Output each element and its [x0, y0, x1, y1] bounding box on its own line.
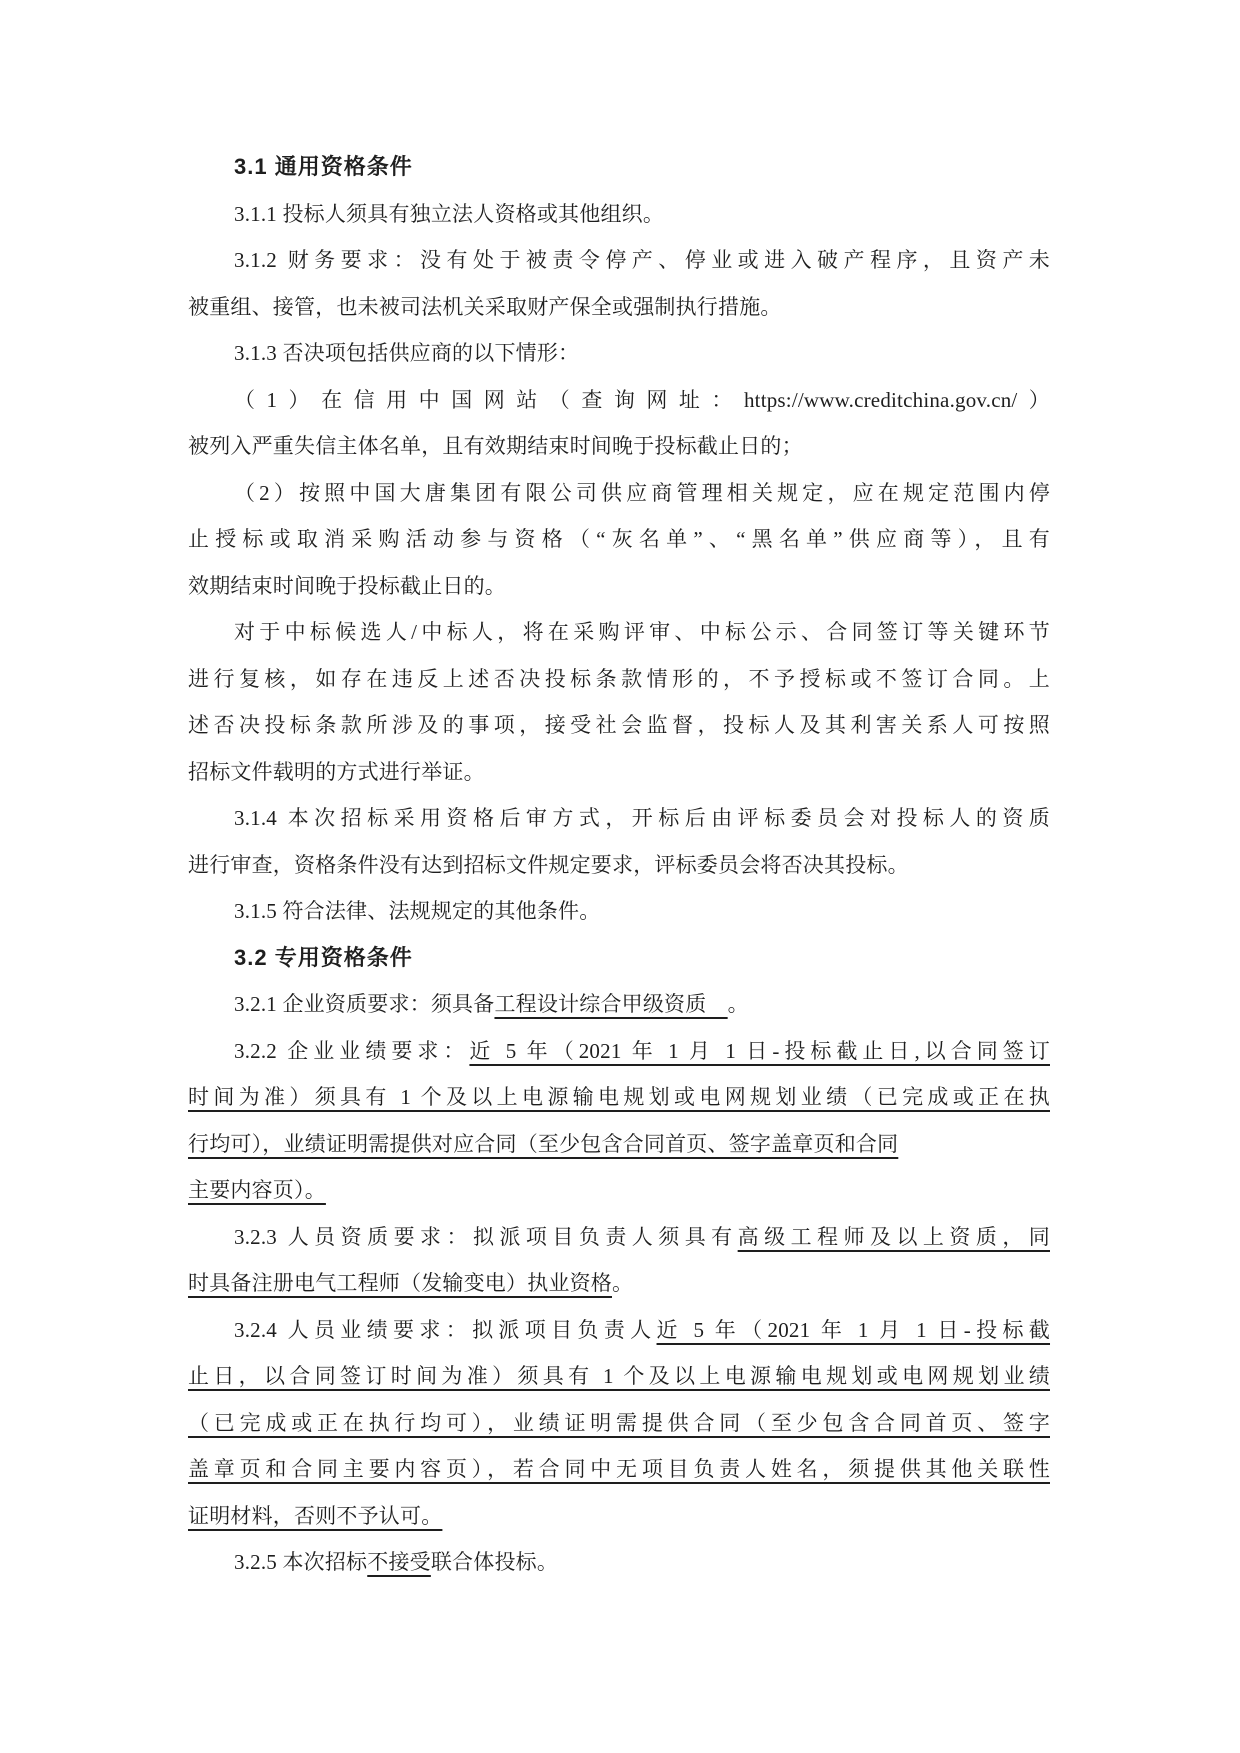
- text-line: 主要内容页）。: [188, 1167, 1050, 1214]
- text-run: 联合体投标。: [431, 1550, 558, 1574]
- text-run: （1）在信用中国网站（查询网址：https://www.creditchina.…: [234, 388, 1050, 412]
- text-run: 效期结束时间晚于投标截止日的。: [188, 574, 506, 598]
- text-run: 3.2.3 人员资质要求：拟派项目负责人须具有: [234, 1225, 738, 1249]
- section-heading: 3.2 专用资格条件: [188, 935, 1050, 982]
- underlined-text: 主要内容页）。: [188, 1178, 326, 1202]
- text-line: （2）按照中国大唐集团有限公司供应商管理相关规定，应在规定范围内停: [188, 470, 1050, 517]
- document-body: 3.1 通用资格条件3.1.1 投标人须具有独立法人资格或其他组织。3.1.2 …: [188, 144, 1050, 1586]
- text-run: 3.1.2 财务要求：没有处于被责令停产、停业或进入破产程序，且资产未: [234, 248, 1050, 272]
- text-run: 3.2 专用资格条件: [234, 945, 413, 970]
- text-line: 招标文件载明的方式进行举证。: [188, 749, 1050, 796]
- text-line: 被重组、接管，也未被司法机关采取财产保全或强制执行措施。: [188, 284, 1050, 331]
- text-line: 3.1.5 符合法律、法规规定的其他条件。: [188, 888, 1050, 935]
- text-line: 时具备注册电气工程师（发输变电）执业资格。: [188, 1260, 1050, 1307]
- section-heading: 3.1 通用资格条件: [188, 144, 1050, 191]
- text-line: 行均可），业绩证明需提供对应合同（至少包含合同首页、签字盖章页和合同: [188, 1121, 1050, 1168]
- text-run: 3.1.1 投标人须具有独立法人资格或其他组织。: [234, 202, 664, 226]
- text-run: 进行审查，资格条件没有达到招标文件规定要求，评标委员会将否决其投标。: [188, 853, 909, 877]
- underlined-text: 近 5 年（2021 年 1 月 1 日-投标截: [657, 1318, 1050, 1342]
- text-run: 3.2.2 企业业绩要求：: [234, 1039, 469, 1063]
- text-run: 。: [728, 992, 749, 1016]
- text-line: 被列入严重失信主体名单，且有效期结束时间晚于投标截止日的；: [188, 423, 1050, 470]
- text-run: 3.2.4 人员业绩要求：拟派项目负责人: [234, 1318, 657, 1342]
- text-line: 进行审查，资格条件没有达到招标文件规定要求，评标委员会将否决其投标。: [188, 842, 1050, 889]
- text-run: （2）按照中国大唐集团有限公司供应商管理相关规定，应在规定范围内停: [234, 481, 1050, 505]
- text-line: 止日，以合同签订时间为准）须具有 1 个及以上电源输电规划或电网规划业绩: [188, 1353, 1050, 1400]
- text-line: 盖章页和合同主要内容页），若合同中无项目负责人姓名，须提供其他关联性: [188, 1446, 1050, 1493]
- text-run: 3.1.3 否决项包括供应商的以下情形：: [234, 341, 579, 365]
- text-run: 。: [612, 1271, 633, 1295]
- text-line: 效期结束时间晚于投标截止日的。: [188, 563, 1050, 610]
- underlined-text: 止日，以合同签订时间为准）须具有 1 个及以上电源输电规划或电网规划业绩: [188, 1364, 1050, 1388]
- text-line: 对于中标候选人/中标人，将在采购评审、中标公示、合同签订等关键环节: [188, 609, 1050, 656]
- text-line: 3.1.1 投标人须具有独立法人资格或其他组织。: [188, 191, 1050, 238]
- text-line: 3.2.2 企业业绩要求：近 5 年（2021 年 1 月 1 日-投标截止日,…: [188, 1028, 1050, 1075]
- text-line: 3.2.4 人员业绩要求：拟派项目负责人近 5 年（2021 年 1 月 1 日…: [188, 1307, 1050, 1354]
- document-page: 3.1 通用资格条件3.1.1 投标人须具有独立法人资格或其他组织。3.1.2 …: [0, 0, 1240, 1753]
- text-run: 3.2.5 本次招标: [234, 1550, 367, 1574]
- text-line: 述否决投标条款所涉及的事项，接受社会监督，投标人及其利害关系人可按照: [188, 702, 1050, 749]
- text-run: 被重组、接管，也未被司法机关采取财产保全或强制执行措施。: [188, 295, 782, 319]
- text-run: 止授标或取消采购活动参与资格（“灰名单”、“黑名单”供应商等），且有: [188, 527, 1050, 551]
- text-line: 3.1.3 否决项包括供应商的以下情形：: [188, 330, 1050, 377]
- text-run: 3.2.1 企业资质要求：须具备: [234, 992, 494, 1016]
- text-line: （已完成或正在执行均可），业绩证明需提供合同（至少包含合同首页、签字: [188, 1400, 1050, 1447]
- underlined-text: 高级工程师及以上资质，同: [738, 1225, 1050, 1249]
- text-run: 3.1.4 本次招标采用资格后审方式，开标后由评标委员会对投标人的资质: [234, 806, 1050, 830]
- underlined-text: 时间为准）须具有 1 个及以上电源输电规划或电网规划业绩（已完成或正在执: [188, 1085, 1050, 1109]
- underlined-text: 近 5 年（2021 年 1 月 1 日-投标截止日,以合同签订: [469, 1039, 1050, 1063]
- text-run: 对于中标候选人/中标人，将在采购评审、中标公示、合同签订等关键环节: [234, 620, 1050, 644]
- text-line: 证明材料，否则不予认可。: [188, 1493, 1050, 1540]
- text-line: 3.1.2 财务要求：没有处于被责令停产、停业或进入破产程序，且资产未: [188, 237, 1050, 284]
- underlined-text: 行均可），业绩证明需提供对应合同（至少包含合同首页、签字盖章页和合同: [188, 1132, 898, 1156]
- text-line: （1）在信用中国网站（查询网址：https://www.creditchina.…: [188, 377, 1050, 424]
- underlined-text: 盖章页和合同主要内容页），若合同中无项目负责人姓名，须提供其他关联性: [188, 1457, 1050, 1481]
- underlined-text: 证明材料，否则不予认可。: [188, 1504, 442, 1528]
- text-run: 招标文件载明的方式进行举证。: [188, 760, 485, 784]
- text-line: 3.1.4 本次招标采用资格后审方式，开标后由评标委员会对投标人的资质: [188, 795, 1050, 842]
- text-run: 述否决投标条款所涉及的事项，接受社会监督，投标人及其利害关系人可按照: [188, 713, 1050, 737]
- underlined-text: 时具备注册电气工程师（发输变电）执业资格: [188, 1271, 612, 1295]
- text-run: 进行复核，如存在违反上述否决投标条款情形的，不予授标或不签订合同。上: [188, 667, 1050, 691]
- text-line: 3.2.3 人员资质要求：拟派项目负责人须具有高级工程师及以上资质，同: [188, 1214, 1050, 1261]
- text-line: 3.2.5 本次招标不接受联合体投标。: [188, 1539, 1050, 1586]
- text-run: 3.1.5 符合法律、法规规定的其他条件。: [234, 899, 600, 923]
- text-line: 止授标或取消采购活动参与资格（“灰名单”、“黑名单”供应商等），且有: [188, 516, 1050, 563]
- text-run: 3.1 通用资格条件: [234, 154, 413, 179]
- text-line: 3.2.1 企业资质要求：须具备工程设计综合甲级资质 。: [188, 981, 1050, 1028]
- underlined-text: 工程设计综合甲级资质: [494, 992, 727, 1016]
- underlined-text: 不接受: [367, 1550, 431, 1574]
- text-run: 被列入严重失信主体名单，且有效期结束时间晚于投标截止日的；: [188, 434, 803, 458]
- text-line: 进行复核，如存在违反上述否决投标条款情形的，不予授标或不签订合同。上: [188, 656, 1050, 703]
- text-line: 时间为准）须具有 1 个及以上电源输电规划或电网规划业绩（已完成或正在执: [188, 1074, 1050, 1121]
- underlined-text: （已完成或正在执行均可），业绩证明需提供合同（至少包含合同首页、签字: [188, 1411, 1050, 1435]
